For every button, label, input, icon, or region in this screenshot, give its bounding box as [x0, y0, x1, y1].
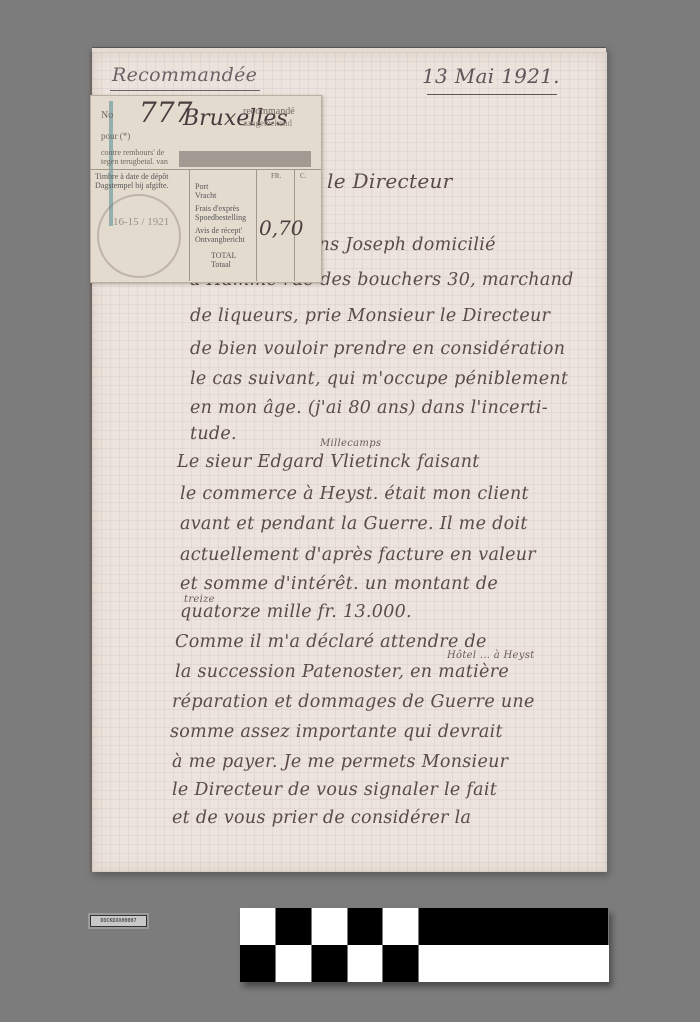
header-underline [110, 90, 260, 91]
receipt-timbre-label: Timbre à date de dépôt Dagstempel bij af… [95, 172, 169, 190]
receipt-shaded-bar [179, 151, 311, 167]
calibration-cell [276, 908, 312, 945]
receipt-amount: 0,70 [259, 216, 304, 240]
calibration-cell [348, 908, 383, 945]
calibration-cell [312, 908, 348, 945]
field-avis-reception: Avis de récept' Ontvangbericht [195, 226, 245, 244]
calibration-cell [419, 908, 609, 945]
letter-line: et de vous prier de considérer la [172, 808, 471, 828]
insertion-millecamps: Millecamps [320, 438, 381, 449]
calibration-cell [312, 945, 348, 982]
letter-line: à me payer. Je me permets Monsieur [172, 752, 508, 772]
letter-line: Comme il m'a déclaré attendre de [175, 632, 487, 652]
letter-line: quatorze mille fr. 13.000. [180, 602, 412, 622]
calibration-cell [383, 908, 419, 945]
calibration-cell [240, 908, 276, 945]
letter-line: la succession Patenoster, en matière [175, 662, 509, 682]
letter-line: et somme d'intérêt. un montant de [180, 574, 498, 594]
letter-line: actuellement d'après facture en valeur [180, 545, 536, 565]
postmark-stamp [97, 194, 181, 278]
date-underline [427, 94, 557, 95]
receipt-recommande: recommandé [243, 106, 295, 117]
receipt-remboursement: contre rembours' de tegen terugbetal. va… [101, 148, 168, 166]
letter-line: en mon âge. (j'ai 80 ans) dans l'incerti… [190, 398, 548, 418]
letter-line: avant et pendant la Guerre. Il me doit [180, 514, 528, 534]
calibration-cell [383, 945, 419, 982]
field-frais-expres: Frais d'exprès Spoedbestelling [195, 204, 246, 222]
letter-date: 13 Mai 1921. [422, 64, 560, 88]
letter-line: réparation et dommages de Guerre une [172, 692, 535, 712]
letter-line: tude. [190, 424, 237, 444]
insertion-hotel-heyst: Hôtel ... à Heyst [447, 650, 534, 661]
field-port: Port Vracht [195, 182, 216, 200]
receipt-pour-label: pour (*) [101, 131, 130, 141]
col-francs: FR. [271, 172, 281, 180]
field-total: TOTAL Totaal [211, 251, 236, 269]
calibration-cell [276, 945, 312, 982]
receipt-number-label: No [101, 110, 113, 121]
calibration-cell [419, 945, 609, 982]
salutation: le Directeur [327, 169, 453, 193]
letter-line: le cas suivant, qui m'occupe péniblement [190, 369, 568, 389]
postmark-text: 16-15 / 1921 [113, 208, 169, 236]
letter-line: le Directeur de vous signaler le fait [172, 780, 497, 800]
header-recommandee: Recommandée [112, 64, 257, 86]
letter-line: de liqueurs, prie Monsieur le Directeur [190, 306, 550, 326]
archive-id-tag: DOCKDXX00007 [90, 915, 147, 927]
letter-line: somme assez importante qui devrait [170, 722, 503, 742]
col-centimes: C. [300, 172, 306, 180]
letter-line: le commerce à Heyst. était mon client [180, 484, 529, 504]
letter-line: Le sieur Edgard Vlietinck faisant [177, 452, 480, 472]
calibration-cell [348, 945, 383, 982]
calibration-colorbar [240, 908, 609, 982]
receipt-aangeteekend: aangeteekend [243, 118, 292, 128]
letter-line: de bien vouloir prendre en considération [190, 339, 565, 359]
calibration-cell [240, 945, 276, 982]
registered-mail-receipt: No 777 Bruxelles recommandé aangeteekend… [90, 95, 322, 283]
